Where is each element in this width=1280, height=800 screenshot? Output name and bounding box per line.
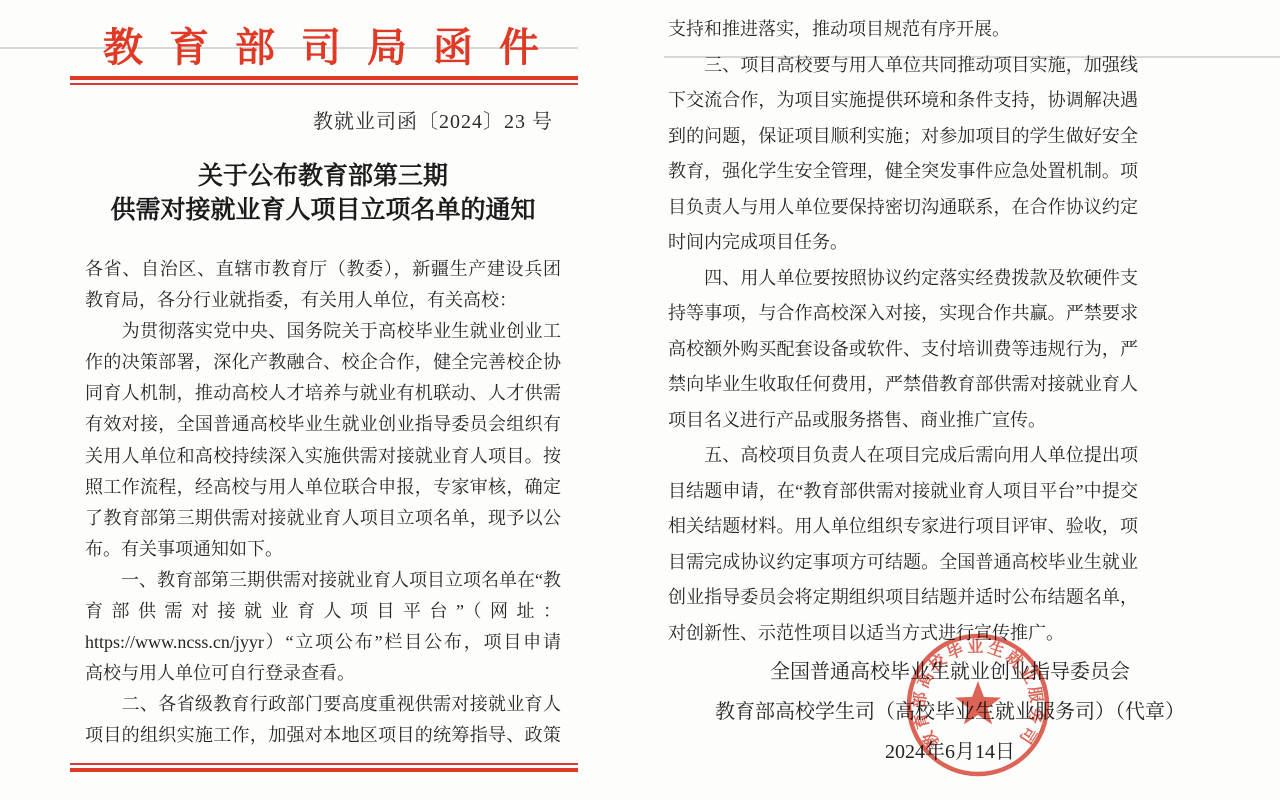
letterhead-title: 教育部司局函件 <box>103 16 565 73</box>
body-line: 一、教育部第三期供需对接就业育人项目立项名单在“教 <box>85 565 561 596</box>
signature-line: 全国普通高校毕业生就业创业指导委员会 <box>670 652 1230 692</box>
body-line: 到的问题，保证项目顺利实施；对参加项目的学生做好安全 <box>668 119 1138 155</box>
body-line: 各省、自治区、直辖市教育厅（教委），新疆生产建设兵团 <box>85 254 561 285</box>
body-column-right: 支持和推进落实，推动项目规范有序开展。 三、项目高校要与用人单位共同推动项目实施… <box>668 12 1138 651</box>
body-line: 时间内完成项目任务。 <box>668 225 1138 261</box>
body-line: 教育，强化学生安全管理，健全突发事件应急处置机制。项 <box>668 154 1138 190</box>
body-line: 了教育部第三期供需对接就业育人项目立项名单，现予以公 <box>85 503 561 534</box>
body-line: 目结题申请，在“教育部供需对接就业育人项目平台”中提交 <box>668 474 1138 510</box>
doc-number: 教就业司函〔2024〕23 号 <box>85 105 553 134</box>
signature-block: 全国普通高校毕业生就业创业指导委员会 教育部高校学生司（高校毕业生就业服务司）（… <box>670 652 1230 772</box>
body-line: 育部供需对接就业育人项目平台”（网址： <box>85 596 561 627</box>
body-line: 教育局，各分行业就指委，有关用人单位，有关高校： <box>85 285 561 316</box>
red-separator-top <box>70 76 578 85</box>
body-line: 为贯彻落实党中央、国务院关于高校毕业生就业创业工 <box>85 316 561 347</box>
notice-title-line: 关于公布教育部第三期 <box>83 160 563 194</box>
body-line: 持等事项，与合作高校深入对接，实现合作共赢。严禁要求 <box>668 296 1138 332</box>
body-line: https://www.ncss.cn/jyyr）“立项公布”栏目公布，项目申请 <box>85 627 561 658</box>
body-line: 高校与用人单位可自行登录查看。 <box>85 658 561 689</box>
body-line: 项目名义进行产品或服务搭售、商业推广宣传。 <box>668 403 1138 439</box>
body-line: 禁向毕业生收取任何费用，严禁借教育部供需对接就业育人 <box>668 367 1138 403</box>
body-line: 照工作流程，经高校与用人单位联合申报，专家审核，确定 <box>85 472 561 503</box>
body-line: 同育人机制，推动高校人才培养与就业有机联动、人才供需 <box>85 378 561 409</box>
body-line: 目负责人与用人单位要保持密切沟通联系，在合作协议约定 <box>668 190 1138 226</box>
body-line: 作的决策部署，深化产教融合、校企合作，健全完善校企协 <box>85 347 561 378</box>
body-line: 布。有关事项通知如下。 <box>85 534 561 565</box>
notice-title: 关于公布教育部第三期 供需对接就业育人项目立项名单的通知 <box>83 160 563 228</box>
body-line: 高校额外购买配套设备或软件、支付培训费等违规行为，严 <box>668 332 1138 368</box>
body-line: 支持和推进落实，推动项目规范有序开展。 <box>668 12 1138 48</box>
body-column-left: 各省、自治区、直辖市教育厅（教委），新疆生产建设兵团 教育局，各分行业就指委，有… <box>85 254 561 752</box>
signature-line: 教育部高校学生司（高校毕业生就业服务司）（代章） <box>670 692 1230 732</box>
notice-title-line: 供需对接就业育人项目立项名单的通知 <box>83 194 563 228</box>
body-line: 项目的组织实施工作，加强对本地区项目的统筹指导、政策 <box>85 720 561 751</box>
body-line: 目需完成协议约定事项方可结题。全国普通高校毕业生就业 <box>668 545 1138 581</box>
body-line: 三、项目高校要与用人单位共同推动项目实施，加强线 <box>668 48 1138 84</box>
body-line: 创业指导委员会将定期组织项目结题并适时公布结题名单， <box>668 580 1138 616</box>
body-line: 二、各省级教育行政部门要高度重视供需对接就业育人 <box>85 689 561 720</box>
body-line: 关用人单位和高校持续深入实施供需对接就业育人项目。按 <box>85 441 561 472</box>
date-line: 2024年6月14日 <box>670 732 1230 772</box>
body-line: 相关结题材料。用人单位组织专家进行项目评审、验收，项 <box>668 509 1138 545</box>
body-line: 对创新性、示范性项目以适当方式进行宣传推广。 <box>668 616 1138 652</box>
body-line: 下交流合作，为项目实施提供环境和条件支持，协调解决遇 <box>668 83 1138 119</box>
body-line: 有效对接，全国普通高校毕业生就业创业指导委员会组织有 <box>85 409 561 440</box>
red-separator-bottom <box>70 763 578 772</box>
body-line: 五、高校项目负责人在项目完成后需向用人单位提出项 <box>668 438 1138 474</box>
scanned-document: 教育部司局函件 教就业司函〔2024〕23 号 关于公布教育部第三期 供需对接就… <box>0 0 1280 800</box>
body-line: 四、用人单位要按照协议约定落实经费拨款及软硬件支 <box>668 261 1138 297</box>
